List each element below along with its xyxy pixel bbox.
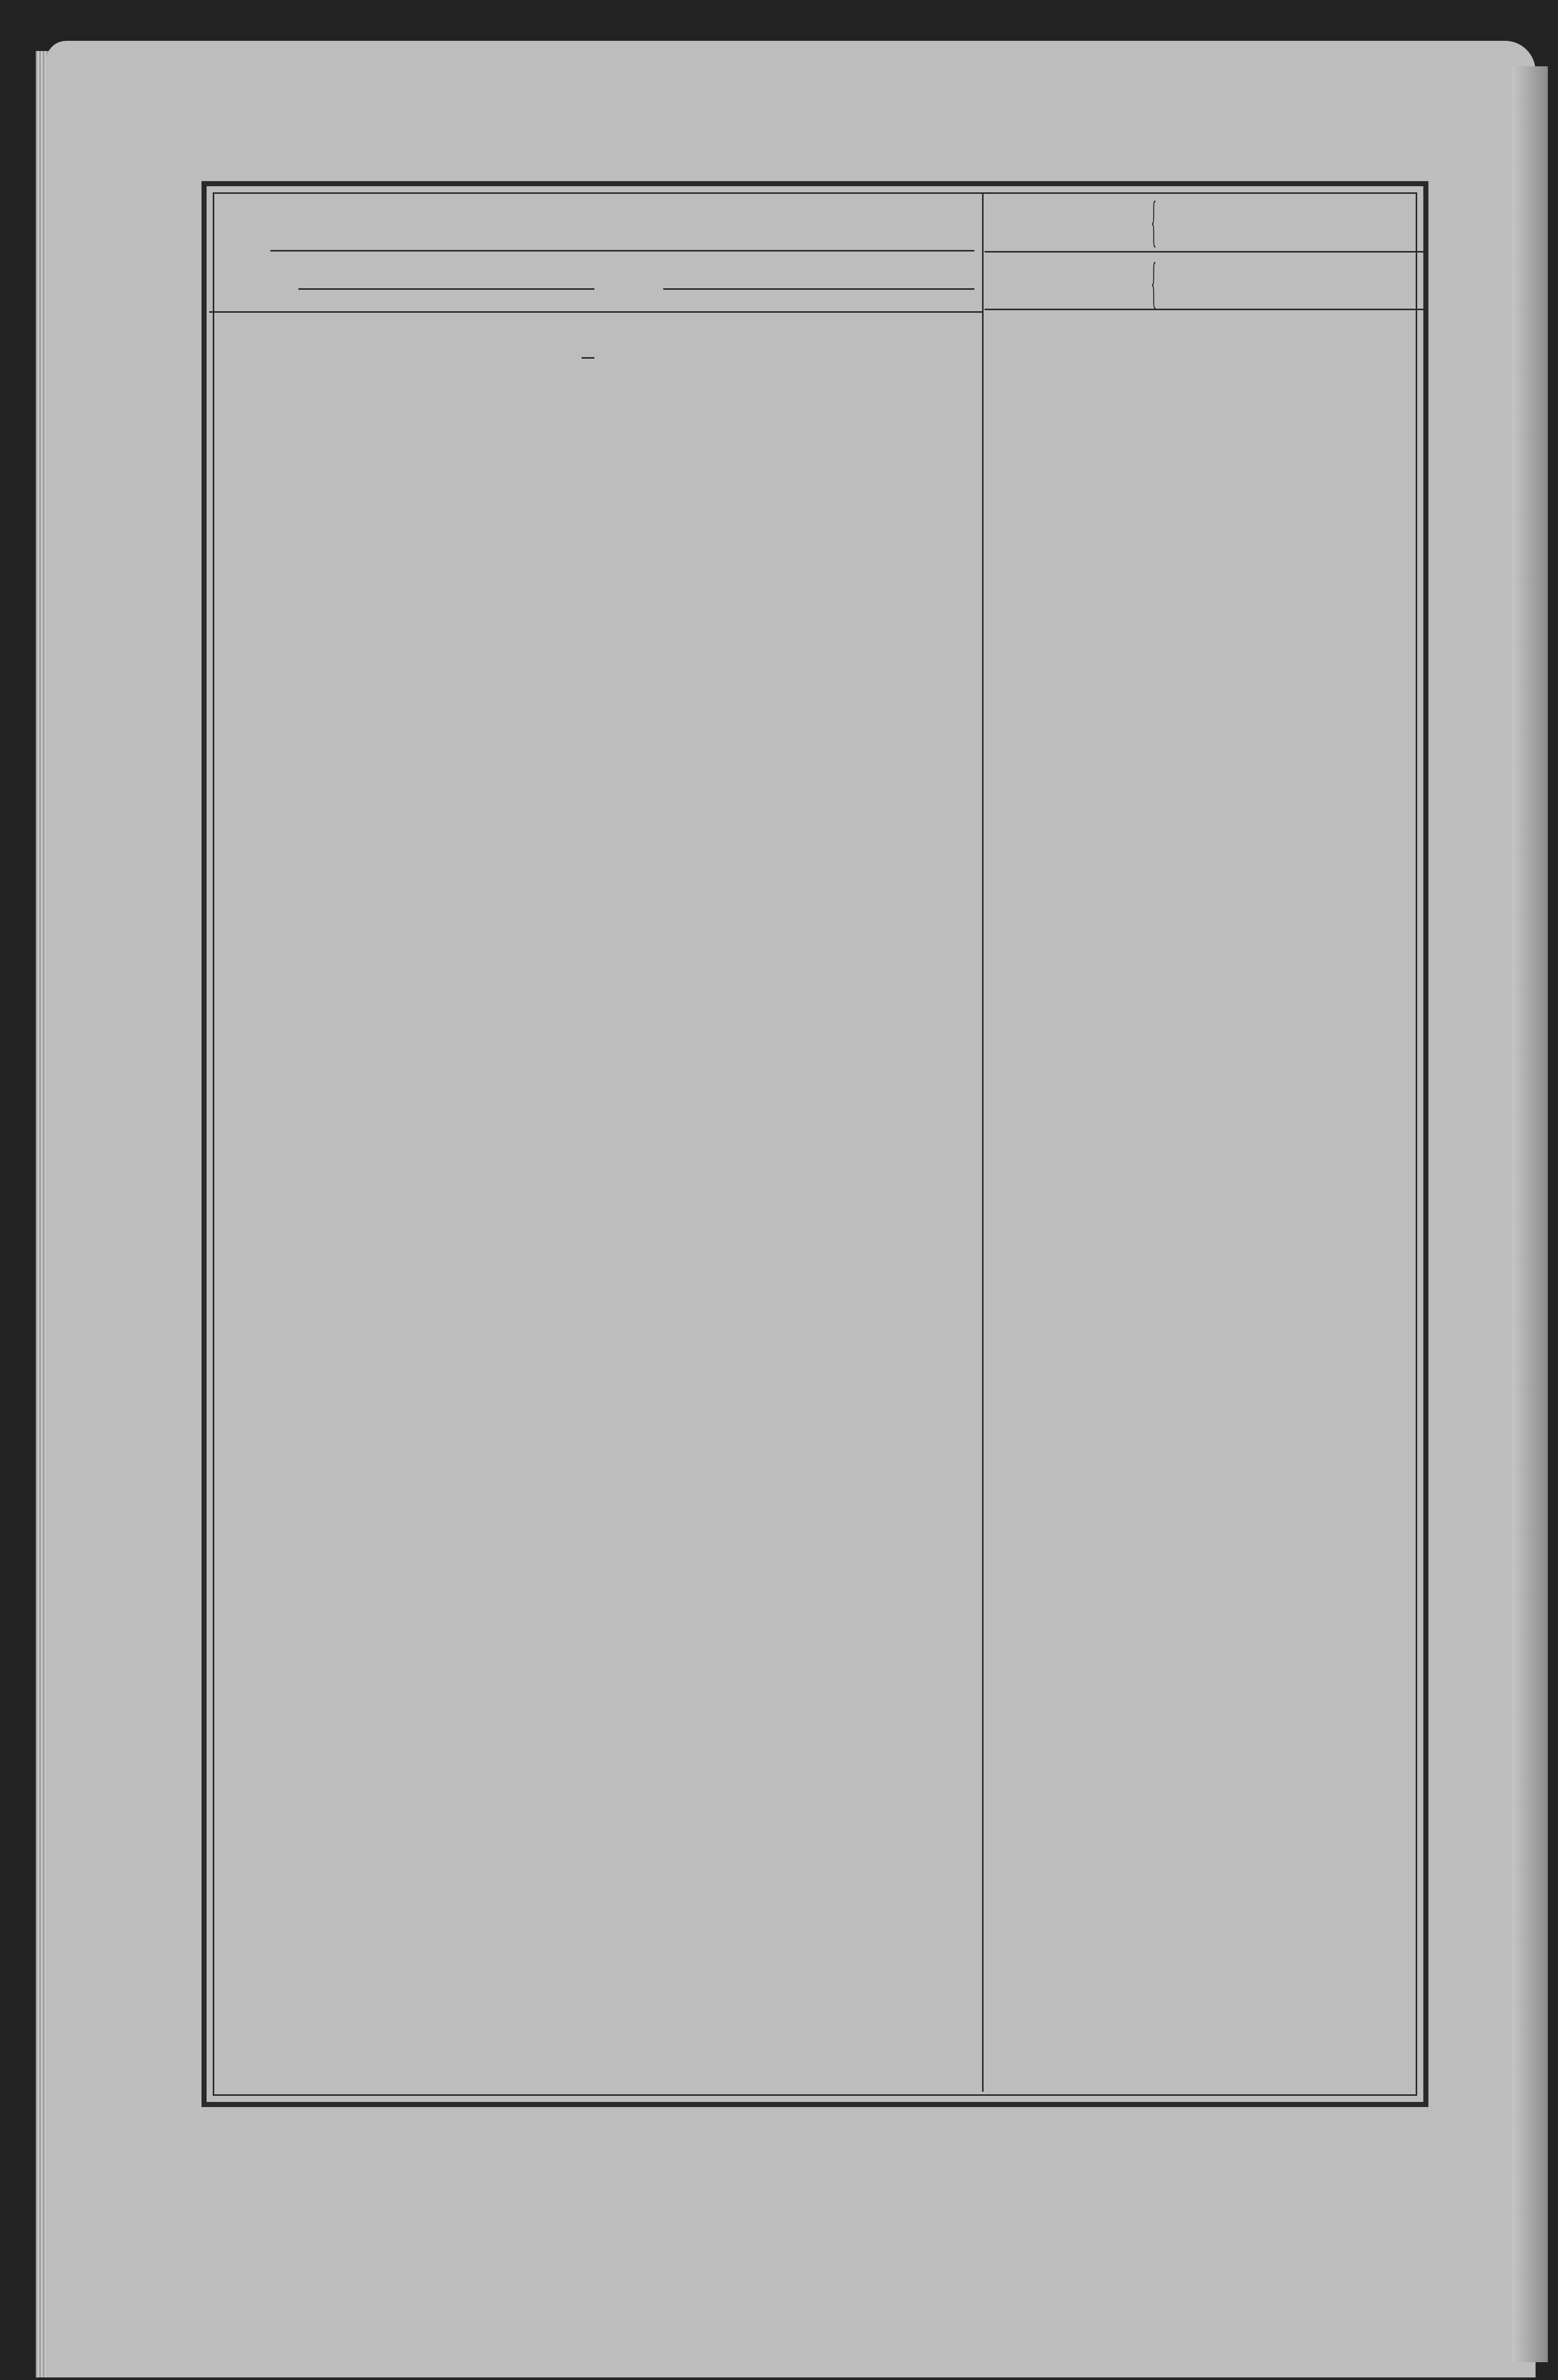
matricule-form: [202, 181, 1428, 2107]
column-divider: [982, 194, 984, 2092]
matricule-divider: [985, 251, 1428, 253]
surnom-line: [663, 288, 974, 290]
classe-divider: [985, 309, 1428, 310]
identity-divider: [209, 311, 982, 313]
nom-line: [270, 250, 974, 252]
brace-icon: {: [1151, 189, 1157, 254]
form-inner-border: [213, 192, 1417, 2096]
brace-icon: {: [1151, 250, 1157, 315]
title-dash: [582, 357, 594, 359]
prenoms-line: [298, 288, 594, 290]
page-curl-shadow: [1512, 66, 1548, 2362]
